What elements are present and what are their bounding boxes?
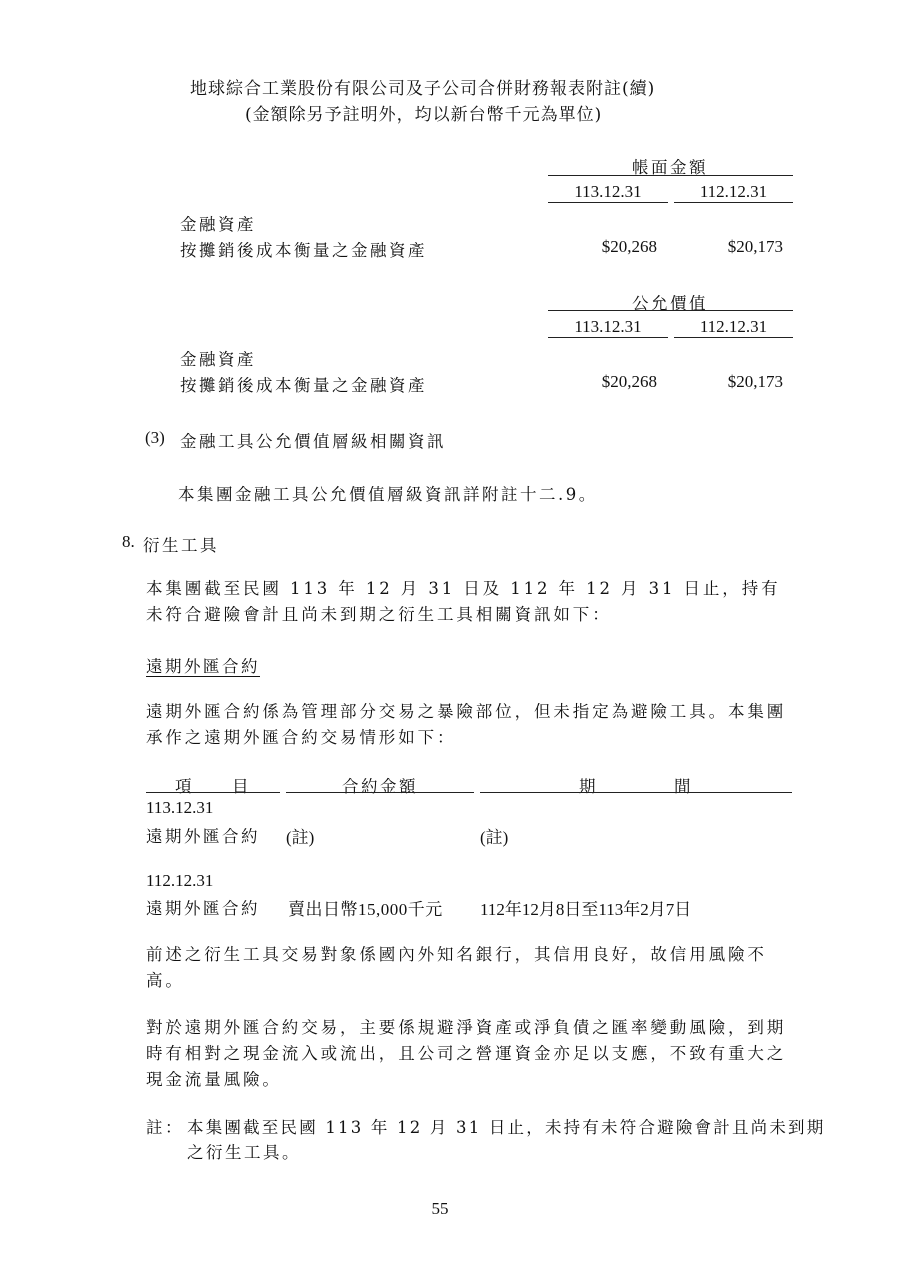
document-subtitle: (金額除另予註明外，均以新台幣千元為單位) (245, 100, 602, 125)
section-intro: 本集團截至民國 113 年 12 月 31 日及 112 年 12 月 31 日… (146, 576, 794, 628)
note-text: 本集團截至民國 113 年 12 月 31 日止，未持有未符合避險會計且尚未到期 (187, 1114, 825, 1138)
table-rule (286, 792, 474, 793)
category-label: 金融資產 (180, 346, 256, 370)
subheading: 遠期外匯合約 (146, 653, 260, 677)
section-number: 8. (122, 532, 135, 552)
cell-value: $20,173 (674, 237, 783, 257)
table-rule (674, 202, 793, 203)
table-rule (548, 175, 793, 176)
table-rule (674, 337, 793, 338)
column-header: 期 間 (480, 773, 792, 797)
column-header: 112.12.31 (674, 182, 793, 202)
table-rule (146, 792, 280, 793)
section-title: 金融工具公允價值層級相關資訊 (180, 428, 446, 452)
category-label: 金融資產 (180, 211, 256, 235)
row-item: 遠期外匯合約 (146, 895, 260, 919)
row-period: (註) (480, 823, 508, 848)
row-label: 按攤銷後成本衡量之金融資產 (180, 372, 427, 396)
row-amount: 賣出日幣15,000千元 (288, 895, 443, 920)
page-number: 55 (400, 1199, 480, 1219)
section-number: (3) (145, 428, 165, 448)
row-item: 遠期外匯合約 (146, 823, 260, 847)
section-body: 本集團金融工具公允價值層級資訊詳附註十二.9。 (178, 481, 598, 505)
column-header: 合約金額 (286, 773, 474, 797)
subheading-body: 遠期外匯合約係為管理部分交易之暴險部位，但未指定為避險工具。本集團承作之遠期外匯… (146, 699, 794, 751)
section-title: 衍生工具 (143, 532, 219, 556)
cell-value: $20,268 (548, 237, 657, 257)
column-header: 112.12.31 (674, 317, 793, 337)
column-header: 113.12.31 (548, 182, 668, 202)
row-amount: (註) (286, 823, 314, 848)
document-title: 地球綜合工業股份有限公司及子公司合併財務報表附註(續) (190, 74, 655, 99)
credit-risk-paragraph: 前述之衍生工具交易對象係國內外知名銀行，其信用良好，故信用風險不高。 (146, 942, 794, 994)
group-date: 112.12.31 (146, 871, 213, 891)
group-date: 113.12.31 (146, 798, 213, 818)
cell-value: $20,173 (674, 372, 783, 392)
liquidity-risk-paragraph: 對於遠期外匯合約交易，主要係規避淨資產或淨負債之匯率變動風險，到期時有相對之現金… (146, 1015, 794, 1093)
column-header: 項 目 (146, 773, 280, 797)
table-rule (548, 202, 668, 203)
row-period: 112年12月8日至113年2月7日 (480, 895, 691, 920)
column-header: 113.12.31 (548, 317, 668, 337)
note-text-continued: 之衍生工具。 (187, 1139, 301, 1163)
table-rule (548, 337, 668, 338)
note-label: 註： (146, 1114, 184, 1138)
table-rule (548, 310, 793, 311)
cell-value: $20,268 (548, 372, 657, 392)
row-label: 按攤銷後成本衡量之金融資產 (180, 237, 427, 261)
table-rule (480, 792, 792, 793)
